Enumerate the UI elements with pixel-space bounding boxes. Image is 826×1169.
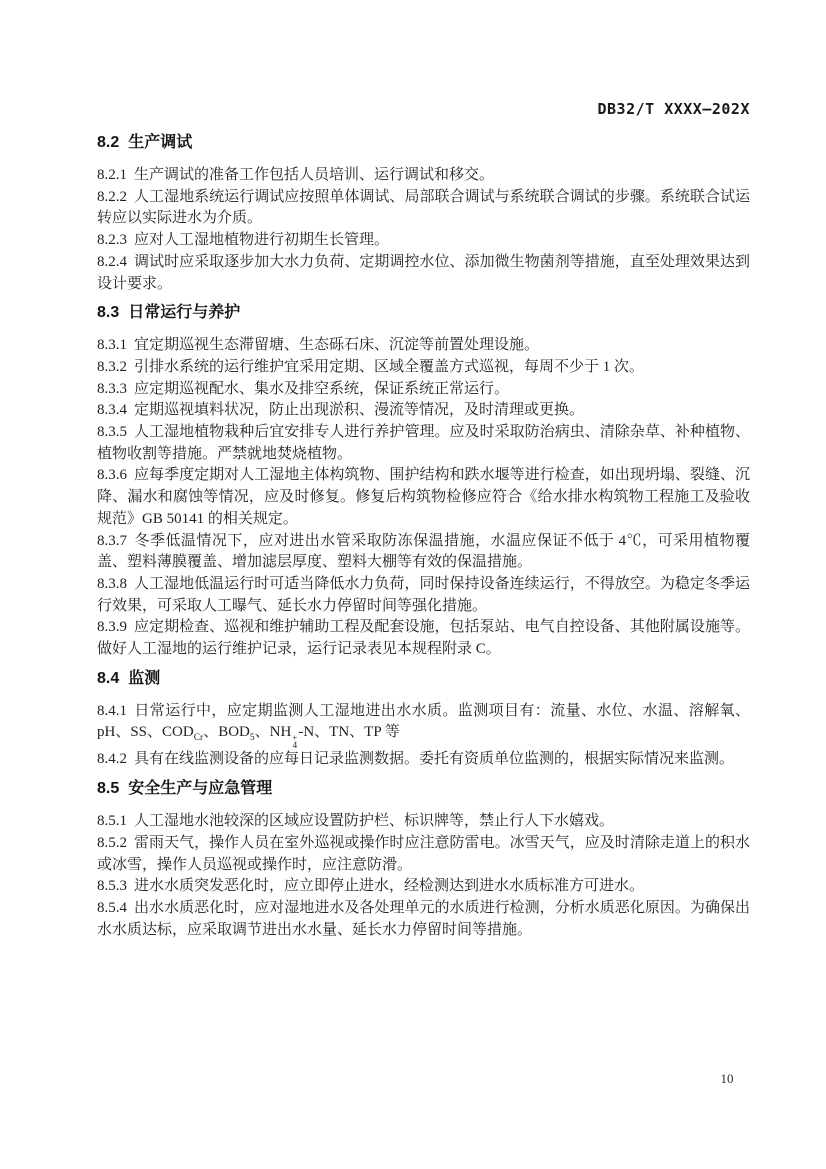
clause: 8.3.3应定期巡视配水、集水及排空系统，保证系统正常运行。 — [97, 379, 750, 401]
clause: 8.3.2引排水系统的运行维护宜采用定期、区域全覆盖方式巡视，每周不少于 1 次… — [97, 357, 750, 379]
section-title: 生产调试 — [128, 134, 192, 151]
section-title: 安全生产与应急管理 — [128, 780, 272, 797]
clause-number: 8.2.4 — [97, 254, 127, 270]
clause: 8.5.3进水水质突发恶化时，应立即停止进水，经检测达到进水水质标准方可进水。 — [97, 876, 750, 898]
clause-text: 应对人工湿地植物进行初期生长管理。 — [134, 232, 389, 248]
clause: 8.4.2具有在线监测设备的应每日记录监测数据。委托有资质单位监测的，根据实际情… — [97, 749, 750, 771]
section-number: 8.2 — [97, 134, 119, 151]
clause-text: 宜定期巡视生态滞留塘、生态砾石床、沉淀等前置处理设施。 — [134, 337, 539, 353]
clause-number: 8.4.2 — [97, 751, 127, 767]
section-title: 日常运行与养护 — [128, 304, 240, 321]
clause-number: 8.3.1 — [97, 337, 127, 353]
clause-text: 人工湿地系统运行调试应按照单体调试、局部联合调试与系统联合调试的步骤。系统联合试… — [97, 189, 750, 227]
clause-text: 人工湿地水池较深的区域应设置防护栏、标识牌等，禁止行人下水嬉戏。 — [134, 813, 614, 829]
clause-text: 引排水系统的运行维护宜采用定期、区域全覆盖方式巡视，每周不少于 1 次。 — [134, 359, 644, 375]
clause: 8.3.8人工湿地低温运行时可适当降低水力负荷，同时保持设备连续运行，不得放空。… — [97, 574, 750, 617]
section-heading: 8.4监测 — [97, 668, 750, 690]
clause-number: 8.2.3 — [97, 232, 127, 248]
clause: 8.3.9应定期检查、巡视和维护辅助工程及配套设施，包括泵站、电气自控设备、其他… — [97, 617, 750, 660]
clause-text: 应每季度定期对人工湿地主体构筑物、围护结构和跌水堰等进行检查，如出现坍塌、裂缝、… — [97, 467, 750, 526]
clause: 8.3.5人工湿地植物栽种后宜安排专人进行养护管理。应及时采取防治病虫、清除杂草… — [97, 422, 750, 465]
section-title: 监测 — [128, 670, 160, 687]
clause-number: 8.3.6 — [97, 467, 127, 483]
clause-text: 生产调试的准备工作包括人员培训、运行调试和移交。 — [134, 167, 494, 183]
clause-text: 人工湿地植物栽种后宜安排专人进行养护管理。应及时采取防治病虫、清除杂草、补种植物… — [97, 424, 750, 462]
clause-number: 8.5.3 — [97, 878, 127, 894]
clause: 8.2.2人工湿地系统运行调试应按照单体调试、局部联合调试与系统联合调试的步骤。… — [97, 187, 750, 230]
section-8-2: 8.2生产调试 8.2.1生产调试的准备工作包括人员培训、运行调试和移交。 8.… — [97, 132, 750, 295]
clause-number: 8.3.4 — [97, 402, 127, 418]
clause-text: 日常运行中，应定期监测人工湿地进出水水质。监测项目有：流量、水位、水温、溶解氧、… — [97, 703, 750, 741]
clause-text: 定期巡视填料状况，防止出现淤积、漫流等情况，及时清理或更换。 — [134, 402, 584, 418]
clause-text: 进水水质突发恶化时，应立即停止进水，经检测达到进水水质标准方可进水。 — [134, 878, 644, 894]
document-page: DB32/T XXXX—202X 8.2生产调试 8.2.1生产调试的准备工作包… — [0, 0, 826, 1169]
section-heading: 8.3日常运行与养护 — [97, 302, 750, 324]
clause-number: 8.3.2 — [97, 359, 127, 375]
clause-text: 调试时应采取逐步加大水力负荷、定期调控水位、添加微生物菌剂等措施，直至处理效果达… — [97, 254, 750, 292]
clause: 8.5.2雷雨天气，操作人员在室外巡视或操作时应注意防雷电。冰雪天气，应及时清除… — [97, 833, 750, 876]
clause: 8.2.1生产调试的准备工作包括人员培训、运行调试和移交。 — [97, 165, 750, 187]
clause: 8.4.1日常运行中，应定期监测人工湿地进出水水质。监测项目有：流量、水位、水温… — [97, 701, 750, 750]
clause-number: 8.5.4 — [97, 900, 127, 916]
clause-text: 具有在线监测设备的应每日记录监测数据。委托有资质单位监测的，根据实际情况来监测。 — [134, 751, 734, 767]
clause: 8.3.7冬季低温情况下，应对进出水管采取防冻保温措施，水温应保证不低于 4℃，… — [97, 531, 750, 574]
clause: 8.2.4调试时应采取逐步加大水力负荷、定期调控水位、添加微生物菌剂等措施，直至… — [97, 252, 750, 295]
clause-text: 人工湿地低温运行时可适当降低水力负荷，同时保持设备连续运行，不得放空。为稳定冬季… — [97, 576, 750, 614]
section-8-4: 8.4监测 8.4.1日常运行中，应定期监测人工湿地进出水水质。监测项目有：流量… — [97, 668, 750, 771]
clause-number: 8.2.2 — [97, 189, 127, 205]
clause-number: 8.3.8 — [97, 576, 127, 592]
clause-number: 8.2.1 — [97, 167, 127, 183]
clause-number: 8.5.1 — [97, 813, 127, 829]
page-number: 10 — [710, 1071, 744, 1087]
section-number: 8.4 — [97, 670, 119, 687]
section-number: 8.3 — [97, 304, 119, 321]
clause-text: 应定期检查、巡视和维护辅助工程及配套设施，包括泵站、电气自控设备、其他附属设施等… — [97, 619, 750, 657]
clause-text: 出水水质恶化时，应对湿地进水及各处理单元的水质进行检测，分析水质恶化原因。为确保… — [97, 900, 750, 938]
clause: 8.3.1宜定期巡视生态滞留塘、生态砾石床、沉淀等前置处理设施。 — [97, 335, 750, 357]
clause-text: 冬季低温情况下，应对进出水管采取防冻保温措施，水温应保证不低于 4℃，可采用植物… — [97, 533, 750, 571]
clause: 8.5.1人工湿地水池较深的区域应设置防护栏、标识牌等，禁止行人下水嬉戏。 — [97, 811, 750, 833]
section-8-5: 8.5安全生产与应急管理 8.5.1人工湿地水池较深的区域应设置防护栏、标识牌等… — [97, 778, 750, 941]
clause-number: 8.3.5 — [97, 424, 127, 440]
doc-header: DB32/T XXXX—202X — [97, 101, 750, 117]
clause-number: 8.3.7 — [97, 533, 127, 549]
clause-text: 雷雨天气，操作人员在室外巡视或操作时应注意防雷电。冰雪天气，应及时清除走道上的积… — [97, 835, 750, 873]
section-number: 8.5 — [97, 780, 119, 797]
clause: 8.5.4出水水质恶化时，应对湿地进水及各处理单元的水质进行检测，分析水质恶化原… — [97, 898, 750, 941]
clause-number: 8.3.9 — [97, 619, 127, 635]
document-content: DB32/T XXXX—202X 8.2生产调试 8.2.1生产调试的准备工作包… — [97, 101, 750, 941]
clause-text: 应定期巡视配水、集水及排空系统，保证系统正常运行。 — [134, 381, 509, 397]
doc-number: DB32/T XXXX—202X — [598, 100, 751, 118]
section-8-3: 8.3日常运行与养护 8.3.1宜定期巡视生态滞留塘、生态砾石床、沉淀等前置处理… — [97, 302, 750, 661]
section-heading: 8.2生产调试 — [97, 132, 750, 154]
clause-number: 8.4.1 — [97, 703, 127, 719]
section-heading: 8.5安全生产与应急管理 — [97, 778, 750, 800]
clause-number: 8.3.3 — [97, 381, 127, 397]
clause: 8.3.6应每季度定期对人工湿地主体构筑物、围护结构和跌水堰等进行检查，如出现坍… — [97, 465, 750, 530]
clause-number: 8.5.2 — [97, 835, 127, 851]
clause: 8.3.4定期巡视填料状况，防止出现淤积、漫流等情况，及时清理或更换。 — [97, 400, 750, 422]
clause: 8.2.3应对人工湿地植物进行初期生长管理。 — [97, 230, 750, 252]
